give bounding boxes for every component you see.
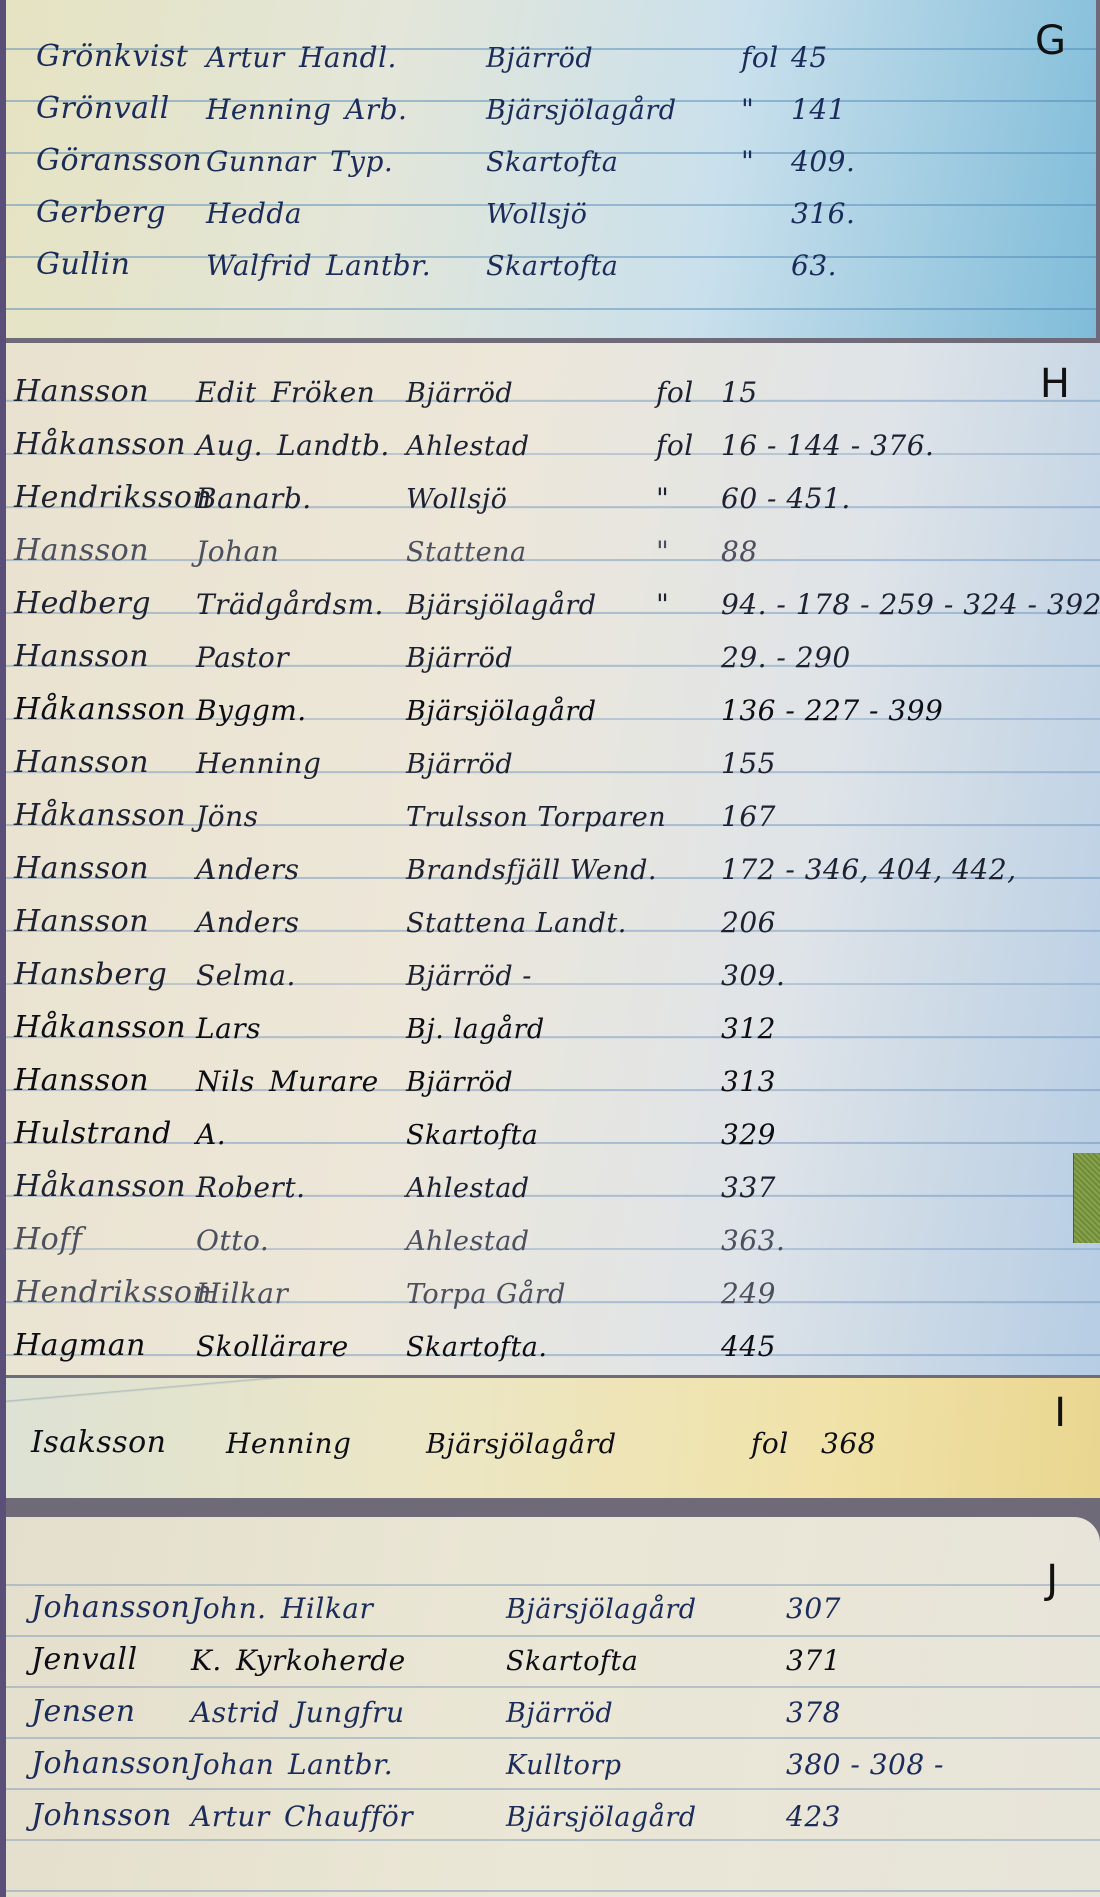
index-entry: JensenAstridJungfruBjärröd378: [6, 1683, 1100, 1733]
entry-refs: 337: [721, 1171, 776, 1204]
entry-surname: Håkansson: [14, 427, 186, 462]
entry-surname: Hendriksson: [14, 480, 212, 515]
entry-place: Bjärsjölagård: [486, 95, 677, 126]
entry-fol: fol: [741, 41, 779, 74]
entry-occupation: Kyrkoherde: [236, 1644, 406, 1677]
green-cloth-tab: [1073, 1153, 1100, 1243]
entry-surname: Grönvall: [36, 91, 170, 126]
entry-place: Torpa Gård: [406, 1279, 566, 1310]
entry-place: Bjärröd: [406, 749, 513, 780]
entry-fol: fol: [656, 429, 694, 462]
entry-refs: 141: [791, 93, 846, 126]
entry-refs: 309.: [721, 959, 785, 992]
index-entry: HanssonEditFrökenBjärrödfol15: [6, 363, 1100, 413]
entry-place: Bjärsjölagård: [406, 590, 597, 621]
entry-surname: Gullin: [36, 247, 130, 282]
entry-occupation: Typ.: [330, 145, 393, 178]
entry-refs: 363.: [721, 1224, 785, 1257]
entry-refs: 307: [786, 1592, 841, 1625]
entry-occupation: Fröken: [271, 376, 375, 409]
entry-surname: Göransson: [36, 143, 202, 178]
index-entry: HagmanSkollärareSkartofta.445: [6, 1317, 1100, 1367]
entry-place: Bjärsjölagård: [506, 1802, 697, 1833]
entry-given: Anders: [196, 853, 300, 886]
entry-surname: Johnsson: [31, 1798, 172, 1833]
entry-refs: 378: [786, 1696, 841, 1729]
entry-surname: Jensen: [31, 1694, 136, 1729]
entry-given: A.: [196, 1118, 226, 1151]
entry-refs: 172 - 346, 404, 442,: [721, 853, 1017, 886]
entry-place: Ahlestad: [406, 1226, 530, 1257]
entry-surname: Håkansson: [14, 1010, 186, 1045]
entry-surname: Gerberg: [36, 195, 166, 230]
entry-given: Henning: [226, 1427, 351, 1460]
entry-place: Stattena: [406, 537, 527, 568]
entry-occupation: Lantbr.: [326, 249, 431, 282]
entry-place: Bjärsjölagård: [426, 1429, 617, 1460]
entry-given: Edit: [196, 376, 257, 409]
index-section-i: I IsakssonHenningBjärsjölagårdfol368: [6, 1378, 1100, 1498]
entry-surname: Hendriksson: [14, 1275, 212, 1310]
index-entry: JohnssonArturChaufförBjärsjölagård423: [6, 1787, 1100, 1837]
entry-given: Robert.: [196, 1171, 305, 1204]
entry-place: Bjärsjölagård: [406, 696, 597, 727]
index-entry: GrönvallHenningArb.Bjärsjölagård"141: [6, 80, 1096, 130]
entry-refs: 63.: [791, 249, 837, 282]
entry-surname: Hansson: [14, 745, 149, 780]
index-entry: HoffOtto.Ahlestad363.: [6, 1211, 1100, 1261]
entry-place: Skartofta: [506, 1646, 638, 1677]
entry-place: Stattena Landt.: [406, 908, 627, 939]
entry-occupation: Lantbr.: [288, 1748, 393, 1781]
entry-place: Bj. lagård: [406, 1014, 545, 1045]
entry-occupation: Handl.: [299, 41, 397, 74]
entry-given: Hedda: [206, 197, 302, 230]
entry-place: Bjärröd: [406, 1067, 513, 1098]
index-entry: HåkanssonLarsBj. lagård312: [6, 999, 1100, 1049]
entry-given: Artur: [191, 1800, 270, 1833]
entry-surname: Johansson: [31, 1746, 190, 1781]
entry-place: Skartofta: [486, 251, 618, 282]
entry-refs: 312: [721, 1012, 776, 1045]
entry-refs: 136 - 227 - 399: [721, 694, 943, 727]
entry-place: Wollsjö: [486, 199, 587, 230]
index-entry: JenvallK.KyrkoherdeSkartofta371: [6, 1631, 1100, 1681]
entry-occupation: Arb.: [345, 93, 407, 126]
entry-given: Hilkar: [196, 1277, 288, 1310]
entry-given: Gunnar: [206, 145, 316, 178]
entry-given: Pastor: [196, 641, 289, 674]
entry-place: Bjärröd: [486, 43, 593, 74]
entry-given: Astrid: [191, 1696, 280, 1729]
index-entry: HanssonNilsMurareBjärröd313: [6, 1052, 1100, 1102]
entry-surname: Hansson: [14, 374, 149, 409]
entry-refs: 409.: [791, 145, 855, 178]
index-entry: HansbergSelma.Bjärröd -309.: [6, 946, 1100, 996]
entry-place: Skartofta: [406, 1120, 538, 1151]
index-entry: HåkanssonJönsTrulsson Torparen167: [6, 787, 1100, 837]
entry-occupation: Hilkar: [281, 1592, 373, 1625]
index-entry: GrönkvistArturHandl.Bjärrödfol45: [6, 28, 1096, 78]
entry-given: K.: [191, 1644, 222, 1677]
index-entry: JohanssonJohn.HilkarBjärsjölagård307: [6, 1579, 1100, 1629]
entry-given: Johan: [196, 535, 279, 568]
entry-surname: Håkansson: [14, 1169, 186, 1204]
entry-given: Lars: [196, 1012, 261, 1045]
entry-place: Bjärsjölagård: [506, 1594, 697, 1625]
entry-place: Skartofta.: [406, 1332, 548, 1363]
entry-refs: 380 - 308 -: [786, 1748, 944, 1781]
entry-refs: 29. - 290: [721, 641, 851, 674]
entry-surname: Håkansson: [14, 798, 186, 833]
entry-given: Walfrid: [206, 249, 312, 282]
index-section-h: H HanssonEditFrökenBjärrödfol15Håkansson…: [6, 343, 1100, 1375]
entry-refs: 45: [791, 41, 828, 74]
entry-fol: ": [656, 588, 669, 621]
index-entry: HanssonPastorBjärröd29. - 290: [6, 628, 1100, 678]
entry-given: Skollärare: [196, 1330, 349, 1363]
entry-place: Bjärröd: [406, 378, 513, 409]
entry-place: Brandsfjäll Wend.: [406, 855, 657, 886]
index-entry: HåkanssonByggm.Bjärsjölagård136 - 227 - …: [6, 681, 1100, 731]
entry-refs: 423: [786, 1800, 841, 1833]
entry-refs: 329: [721, 1118, 776, 1151]
entry-given: Henning: [206, 93, 331, 126]
index-entry: HanssonAndersBrandsfjäll Wend.172 - 346,…: [6, 840, 1100, 890]
entry-surname: Hoff: [14, 1222, 82, 1257]
entry-occupation: Jungfru: [294, 1696, 405, 1729]
entry-fol: ": [656, 482, 669, 515]
index-entry: GöranssonGunnarTyp.Skartofta"409.: [6, 132, 1096, 182]
entry-fol: fol: [751, 1427, 789, 1460]
entry-place: Trulsson Torparen: [406, 802, 666, 833]
entry-surname: Hansson: [14, 851, 149, 886]
entry-given: Trädgårdsm.: [196, 588, 384, 621]
index-entry: HendrikssonHilkarTorpa Gård249: [6, 1264, 1100, 1314]
entry-given: Otto.: [196, 1224, 269, 1257]
index-entry: HåkanssonAug.Landtb.Ahlestadfol16 - 144 …: [6, 416, 1100, 466]
entry-surname: Hagman: [14, 1328, 146, 1363]
entry-fol: ": [741, 145, 754, 178]
entry-surname: Håkansson: [14, 692, 186, 727]
entry-place: Ahlestad: [406, 431, 530, 462]
entry-given: Jöns: [196, 800, 258, 833]
index-entry: GerbergHeddaWollsjö316.: [6, 184, 1096, 234]
entry-place: Bjärröd: [506, 1698, 613, 1729]
index-entry: HedbergTrädgårdsm.Bjärsjölagård"94. - 17…: [6, 575, 1100, 625]
index-entry: JohanssonJohanLantbr.Kulltorp380 - 308 -: [6, 1735, 1100, 1785]
entry-refs: 94. - 178 - 259 - 324 - 392: [721, 588, 1100, 621]
entry-given: Artur: [206, 41, 285, 74]
entry-given: Banarb.: [196, 482, 312, 515]
index-entry: IsakssonHenningBjärsjölagårdfol368: [6, 1414, 1100, 1464]
entry-given: Selma.: [196, 959, 296, 992]
entry-surname: Hansson: [14, 639, 149, 674]
entry-place: Kulltorp: [506, 1750, 622, 1781]
entry-place: Wollsjö: [406, 484, 507, 515]
entry-surname: Isaksson: [31, 1425, 166, 1460]
entry-fol: fol: [656, 376, 694, 409]
entry-surname: Grönkvist: [36, 39, 188, 74]
entry-place: Bjärröd -: [406, 961, 532, 992]
entry-refs: 249: [721, 1277, 776, 1310]
entry-given: John.: [191, 1592, 267, 1625]
entry-refs: 167: [721, 800, 776, 833]
entry-occupation: Murare: [269, 1065, 379, 1098]
index-entry: HulstrandA.Skartofta329: [6, 1105, 1100, 1155]
entry-refs: 16 - 144 - 376.: [721, 429, 934, 462]
entry-given: Henning: [196, 747, 321, 780]
entry-place: Bjärröd: [406, 643, 513, 674]
entry-surname: Hansson: [14, 533, 149, 568]
entry-refs: 206: [721, 906, 776, 939]
entry-surname: Johansson: [31, 1590, 190, 1625]
index-entry: HendrikssonBanarb.Wollsjö"60 - 451.: [6, 469, 1100, 519]
entry-refs: 88: [721, 535, 758, 568]
index-section-g: G GrönkvistArturHandl.Bjärrödfol45Grönva…: [6, 0, 1096, 338]
entry-surname: Hansson: [14, 904, 149, 939]
entry-place: Skartofta: [486, 147, 618, 178]
entry-surname: Hansson: [14, 1063, 149, 1098]
entry-fol: ": [656, 535, 669, 568]
entry-refs: 368: [821, 1427, 876, 1460]
entry-occupation: Landtb.: [277, 429, 390, 462]
entry-surname: Jenvall: [31, 1642, 138, 1677]
entry-surname: Hulstrand: [14, 1116, 172, 1151]
entry-refs: 316.: [791, 197, 855, 230]
entry-given: Byggm.: [196, 694, 307, 727]
entry-given: Nils: [196, 1065, 255, 1098]
entry-occupation: Chaufför: [284, 1800, 413, 1833]
entry-refs: 15: [721, 376, 758, 409]
index-entry: HanssonJohanStattena"88: [6, 522, 1100, 572]
entry-given: Johan: [191, 1748, 274, 1781]
index-entry: GullinWalfridLantbr.Skartofta63.: [6, 236, 1096, 286]
entry-place: Ahlestad: [406, 1173, 530, 1204]
entry-surname: Hedberg: [14, 586, 151, 621]
entry-refs: 445: [721, 1330, 776, 1363]
entry-given: Aug.: [196, 429, 263, 462]
index-section-j: J JohanssonJohn.HilkarBjärsjölagård307Je…: [6, 1517, 1100, 1897]
entry-surname: Hansberg: [14, 957, 167, 992]
entry-refs: 313: [721, 1065, 776, 1098]
entry-refs: 60 - 451.: [721, 482, 851, 515]
index-entry: HåkanssonRobert.Ahlestad337: [6, 1158, 1100, 1208]
index-entry: HanssonAndersStattena Landt.206: [6, 893, 1100, 943]
entry-fol: ": [741, 93, 754, 126]
entry-refs: 155: [721, 747, 776, 780]
index-entry: HanssonHenningBjärröd155: [6, 734, 1100, 784]
entry-given: Anders: [196, 906, 300, 939]
entry-refs: 371: [786, 1644, 841, 1677]
